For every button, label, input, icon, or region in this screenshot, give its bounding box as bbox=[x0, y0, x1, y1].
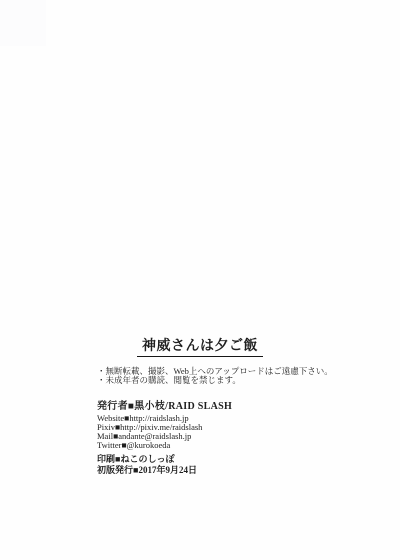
title-row: 神威さんは夕ご飯 bbox=[0, 335, 400, 357]
publisher-line: 発行者■黒小枝/RAID SLASH bbox=[97, 397, 232, 412]
publisher-value: 黒小枝/RAID SLASH bbox=[134, 401, 232, 412]
first-edition-value: 2017年9月24日 bbox=[138, 465, 197, 475]
notice-list: ・無断転載、撮影、Web上へのアップロードはご遠慮下さい。 ・未成年者の購読、閲… bbox=[97, 367, 333, 385]
printing-line: 印刷■ねこのしっぽ bbox=[97, 454, 197, 465]
contact-value: @kurokoeda bbox=[127, 440, 171, 450]
printing-label: 印刷 bbox=[97, 454, 115, 464]
contact-list: Website■http://raidslash.jp Pixiv■http:/… bbox=[97, 414, 202, 450]
printing-value: ねこのしっぽ bbox=[120, 454, 174, 464]
scan-artifact bbox=[0, 0, 46, 46]
imprint-block: 印刷■ねこのしっぽ 初版発行■2017年9月24日 bbox=[97, 454, 197, 475]
book-title: 神威さんは夕ご飯 bbox=[137, 335, 263, 357]
first-edition-line: 初版発行■2017年9月24日 bbox=[97, 465, 197, 476]
first-edition-label: 初版発行 bbox=[97, 465, 133, 475]
colophon-page: 神威さんは夕ご飯 ・無断転載、撮影、Web上へのアップロードはご遠慮下さい。 ・… bbox=[0, 0, 400, 560]
contact-row-twitter: Twitter■@kurokoeda bbox=[97, 441, 202, 450]
publisher-label: 発行者 bbox=[97, 401, 128, 412]
contact-label: Twitter bbox=[97, 440, 121, 450]
notice-line-minors: ・未成年者の購読、閲覧を禁じます。 bbox=[97, 376, 333, 385]
